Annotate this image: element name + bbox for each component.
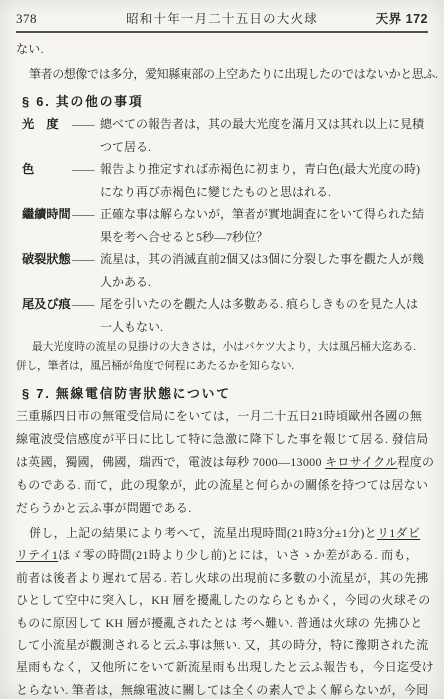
definition-text: 流星は，其の消滅直前2個又は3個に分裂した事を觀た人が幾人かある. bbox=[100, 248, 428, 293]
text-segment: になり再び赤褐色に變じたものと思はれる. bbox=[100, 185, 331, 199]
text-line: 一人もない. bbox=[100, 316, 428, 339]
paragraph-line: ない. bbox=[16, 38, 428, 61]
text-line: 最大光度時の流星の見掛けの大きさは，小はバケツ大より，大は風呂桶大迄ある. bbox=[16, 338, 428, 357]
section-heading: § 7. 無線電信防害狀態について bbox=[16, 382, 428, 405]
text-segment: 流星は，其の消滅直前2個又は3個に分裂した事を觀た人が幾 bbox=[100, 252, 424, 266]
text-segment: 總べての報告者は，其の最大光度を滿月又は其れ以上に見積 bbox=[100, 117, 424, 131]
text-segment: 星雨もなく，又他所にをいて新流星雨も出現したと云ふ報告も，今日迄受け bbox=[16, 660, 434, 674]
definition-label: 尾及び痕 bbox=[22, 293, 72, 316]
page-content: 378 昭和十年一月二十五日の大火球 天界 172 ない.筆者の想像では多分，愛… bbox=[0, 0, 444, 699]
text-segment: だらうかと云ふ事が問題である. bbox=[16, 501, 192, 515]
text-line: とらない. 筆者は，無線電波に關しては全くの素人でよく解らないが，今囘 bbox=[16, 679, 428, 699]
text-line: 星雨もなく，又他所にをいて新流星雨も出現したと云ふ報告も，今日迄受け bbox=[16, 656, 428, 678]
text-segment: 併し，筆者は，風呂桶が角度で何程にあたるかを知らない. bbox=[16, 361, 294, 372]
text-line: 三重縣四日市の無電受信局にをいては，一月二十五日21時頃歐州各國の無 bbox=[16, 405, 428, 428]
underlined-term: キロサイクル bbox=[325, 455, 397, 469]
definition-item: 破裂狀態——流星は，其の消滅直前2個又は3個に分裂した事を觀た人が幾人かある. bbox=[22, 248, 428, 293]
text-segment: 果を考へ合せると5秒—7秒位？ bbox=[100, 230, 268, 244]
definition-label: 光 度 bbox=[22, 113, 72, 136]
definition-text: 總べての報告者は，其の最大光度を滿月又は其れ以上に見積つて居る. bbox=[100, 113, 428, 158]
text-segment: 最大光度時の流星の見掛けの大きさは，小はバケツ大より，大は風呂桶大迄ある. bbox=[32, 342, 416, 353]
text-segment: 一人もない. bbox=[100, 320, 163, 334]
definition-text: 尾を引いたのを觀た人は多數ある. 痕らしきものを見た人は一人もない. bbox=[100, 293, 428, 338]
page-body: ない.筆者の想像では多分，愛知縣東部の上空あたりに出現したのではないかと思ふ.§… bbox=[16, 38, 428, 699]
header-divider bbox=[16, 31, 428, 33]
page-number: 378 bbox=[16, 10, 86, 28]
text-segment: 人かある. bbox=[100, 275, 151, 289]
paragraph-line: 筆者の想像では多分，愛知縣東部の上空あたりに出現したのではないかと思ふ. bbox=[16, 63, 428, 86]
text-line: 流星は，其の消滅直前2個又は3個に分裂した事を觀た人が幾 bbox=[100, 248, 428, 271]
paragraph: 三重縣四日市の無電受信局にをいては，一月二十五日21時頃歐州各國の無線電波受信感… bbox=[16, 405, 428, 520]
definition-item: 繼續時間——正確な事は解らないが，筆者が實地調査にをいて得られた結果を考へ合せる… bbox=[22, 203, 428, 248]
dash-separator: —— bbox=[72, 113, 100, 136]
text-line: 總べての報告者は，其の最大光度を滿月又は其れ以上に見積 bbox=[100, 113, 428, 136]
dash-separator: —— bbox=[72, 248, 100, 271]
text-line: ひとして空中に突入し，KH 層を擾亂したのならともかく，今囘の火球その bbox=[16, 589, 428, 611]
text-line: 併し，上記の結果により考へて，流星出現時間(21時3分±1分)とリ1ダビ bbox=[16, 522, 428, 544]
text-segment: つて居る. bbox=[100, 140, 151, 154]
text-segment: ひとして空中に突入し，KH 層を擾亂したのならともかく，今囘の火球その bbox=[16, 593, 431, 607]
definition-item: 色——報告より推定すれば赤褐色に初まり，青白色(最大光度の時)になり再び赤褐色に… bbox=[22, 158, 428, 203]
text-segment: 程度の bbox=[397, 455, 434, 469]
definition-item: 光 度——總べての報告者は，其の最大光度を滿月又は其れ以上に見積つて居る. bbox=[22, 113, 428, 158]
text-segment: ものに原因して KH 層が擾亂されたとは 考へ難い. 普通は火球の 先拂ひと bbox=[16, 616, 423, 630]
text-line: だらうかと云ふ事が問題である. bbox=[16, 497, 428, 520]
text-line: ものに原因して KH 層が擾亂されたとは 考へ難い. 普通は火球の 先拂ひと bbox=[16, 612, 428, 634]
text-segment: ものである. 而て，此の現象が，此の流星と何らかの關係を持つては居ない bbox=[16, 478, 428, 492]
text-line: つて居る. bbox=[100, 136, 428, 159]
text-segment: 併し，上記の結果により考へて，流星出現時間(21時3分±1分)と bbox=[29, 526, 377, 540]
text-segment: 筆者の想像では多分，愛知縣東部の上空あたりに出現したのではないかと思ふ. bbox=[29, 67, 438, 81]
text-segment: 正確な事は解らないが，筆者が實地調査にをいて得られた結 bbox=[100, 207, 424, 221]
section-heading: § 6. 其の他の事項 bbox=[16, 90, 428, 113]
text-line: 併し，筆者は，風呂桶が角度で何程にあたるかを知らない. bbox=[16, 357, 428, 376]
definition-label: 繼續時間 bbox=[22, 203, 72, 226]
paragraph: 併し，上記の結果により考へて，流星出現時間(21時3分±1分)とリ1ダビリテイ1… bbox=[16, 522, 428, 699]
definition-text: 正確な事は解らないが，筆者が實地調査にをいて得られた結果を考へ合せると5秒—7秒… bbox=[100, 203, 428, 248]
underlined-term: リ1ダビ bbox=[377, 526, 420, 540]
text-segment: 前者は後者より遲れて居る. 若し火球の出現前に多數の小流星が，其の先拂 bbox=[16, 571, 429, 585]
text-line: 前者は後者より遲れて居る. 若し火球の出現前に多數の小流星が，其の先拂 bbox=[16, 567, 428, 589]
text-line: リテイ1ほゞ零の時間(21時より少し前)とには，いさゝか差がある. 而も， bbox=[16, 544, 428, 566]
definition-text: 報告より推定すれば赤褐色に初まり，青白色(最大光度の時)になり再び赤褐色に變じた… bbox=[100, 158, 428, 203]
text-segment: 尾を引いたのを觀た人は多數ある. 痕らしきものを見た人は bbox=[100, 297, 418, 311]
dash-separator: —— bbox=[72, 293, 100, 316]
text-line: 果を考へ合せると5秒—7秒位？ bbox=[100, 226, 428, 249]
definition-label: 破裂狀態 bbox=[22, 248, 72, 271]
text-line: になり再び赤褐色に變じたものと思はれる. bbox=[100, 181, 428, 204]
text-line: 正確な事は解らないが，筆者が實地調査にをいて得られた結 bbox=[100, 203, 428, 226]
definition-item: 尾及び痕——尾を引いたのを觀た人は多數ある. 痕らしきものを見た人は一人もない. bbox=[22, 293, 428, 338]
page-header: 378 昭和十年一月二十五日の大火球 天界 172 bbox=[16, 10, 428, 28]
text-segment: して小流星が觀測されると云ふ事は無い. 又，其の時分，特に豫期された流 bbox=[16, 638, 429, 652]
text-segment: 三重縣四日市の無電受信局にをいては，一月二十五日21時頃歐州各國の無 bbox=[16, 409, 422, 423]
dash-separator: —— bbox=[72, 158, 100, 181]
running-title: 昭和十年一月二十五日の大火球 bbox=[86, 10, 358, 28]
text-segment: とらない. 筆者は，無線電波に關しては全くの素人でよく解らないが，今囘 bbox=[16, 683, 429, 697]
text-segment: は英國，獨國，佛國，瑞西で，電波は毎秒 7000—13000 bbox=[16, 455, 325, 469]
definition-list: 光 度——總べての報告者は，其の最大光度を滿月又は其れ以上に見積つて居る.色——… bbox=[16, 113, 428, 338]
text-line: ものである. 而て，此の現象が，此の流星と何らかの關係を持つては居ない bbox=[16, 474, 428, 497]
text-line: 線電波受信感度が平日に比して特に急激に降下した事を報じて居る. 發信局 bbox=[16, 428, 428, 451]
text-segment: 線電波受信感度が平日に比して特に急激に降下した事を報じて居る. 發信局 bbox=[16, 432, 429, 446]
text-segment: ほゞ零の時間(21時より少し前)とには，いさゝか差がある. 而も， bbox=[58, 548, 418, 562]
text-line: して小流星が觀測されると云ふ事は無い. 又，其の時分，特に豫期された流 bbox=[16, 634, 428, 656]
text-line: 報告より推定すれば赤褐色に初まり，青白色(最大光度の時) bbox=[100, 158, 428, 181]
text-line: 尾を引いたのを觀た人は多數ある. 痕らしきものを見た人は bbox=[100, 293, 428, 316]
journal-page: 378 昭和十年一月二十五日の大火球 天界 172 ない.筆者の想像では多分，愛… bbox=[0, 0, 444, 699]
text-segment: ない. bbox=[16, 42, 44, 56]
underlined-term: リテイ1 bbox=[16, 548, 58, 562]
definition-label: 色 bbox=[22, 158, 72, 181]
journal-issue: 天界 172 bbox=[358, 10, 428, 28]
small-note: 最大光度時の流星の見掛けの大きさは，小はバケツ大より，大は風呂桶大迄ある.併し，… bbox=[16, 338, 428, 376]
dash-separator: —— bbox=[72, 203, 100, 226]
text-segment: 報告より推定すれば赤褐色に初まり，青白色(最大光度の時) bbox=[100, 162, 420, 176]
text-line: 人かある. bbox=[100, 271, 428, 294]
text-line: は英國，獨國，佛國，瑞西で，電波は毎秒 7000—13000 キロサイクル程度の bbox=[16, 451, 428, 474]
